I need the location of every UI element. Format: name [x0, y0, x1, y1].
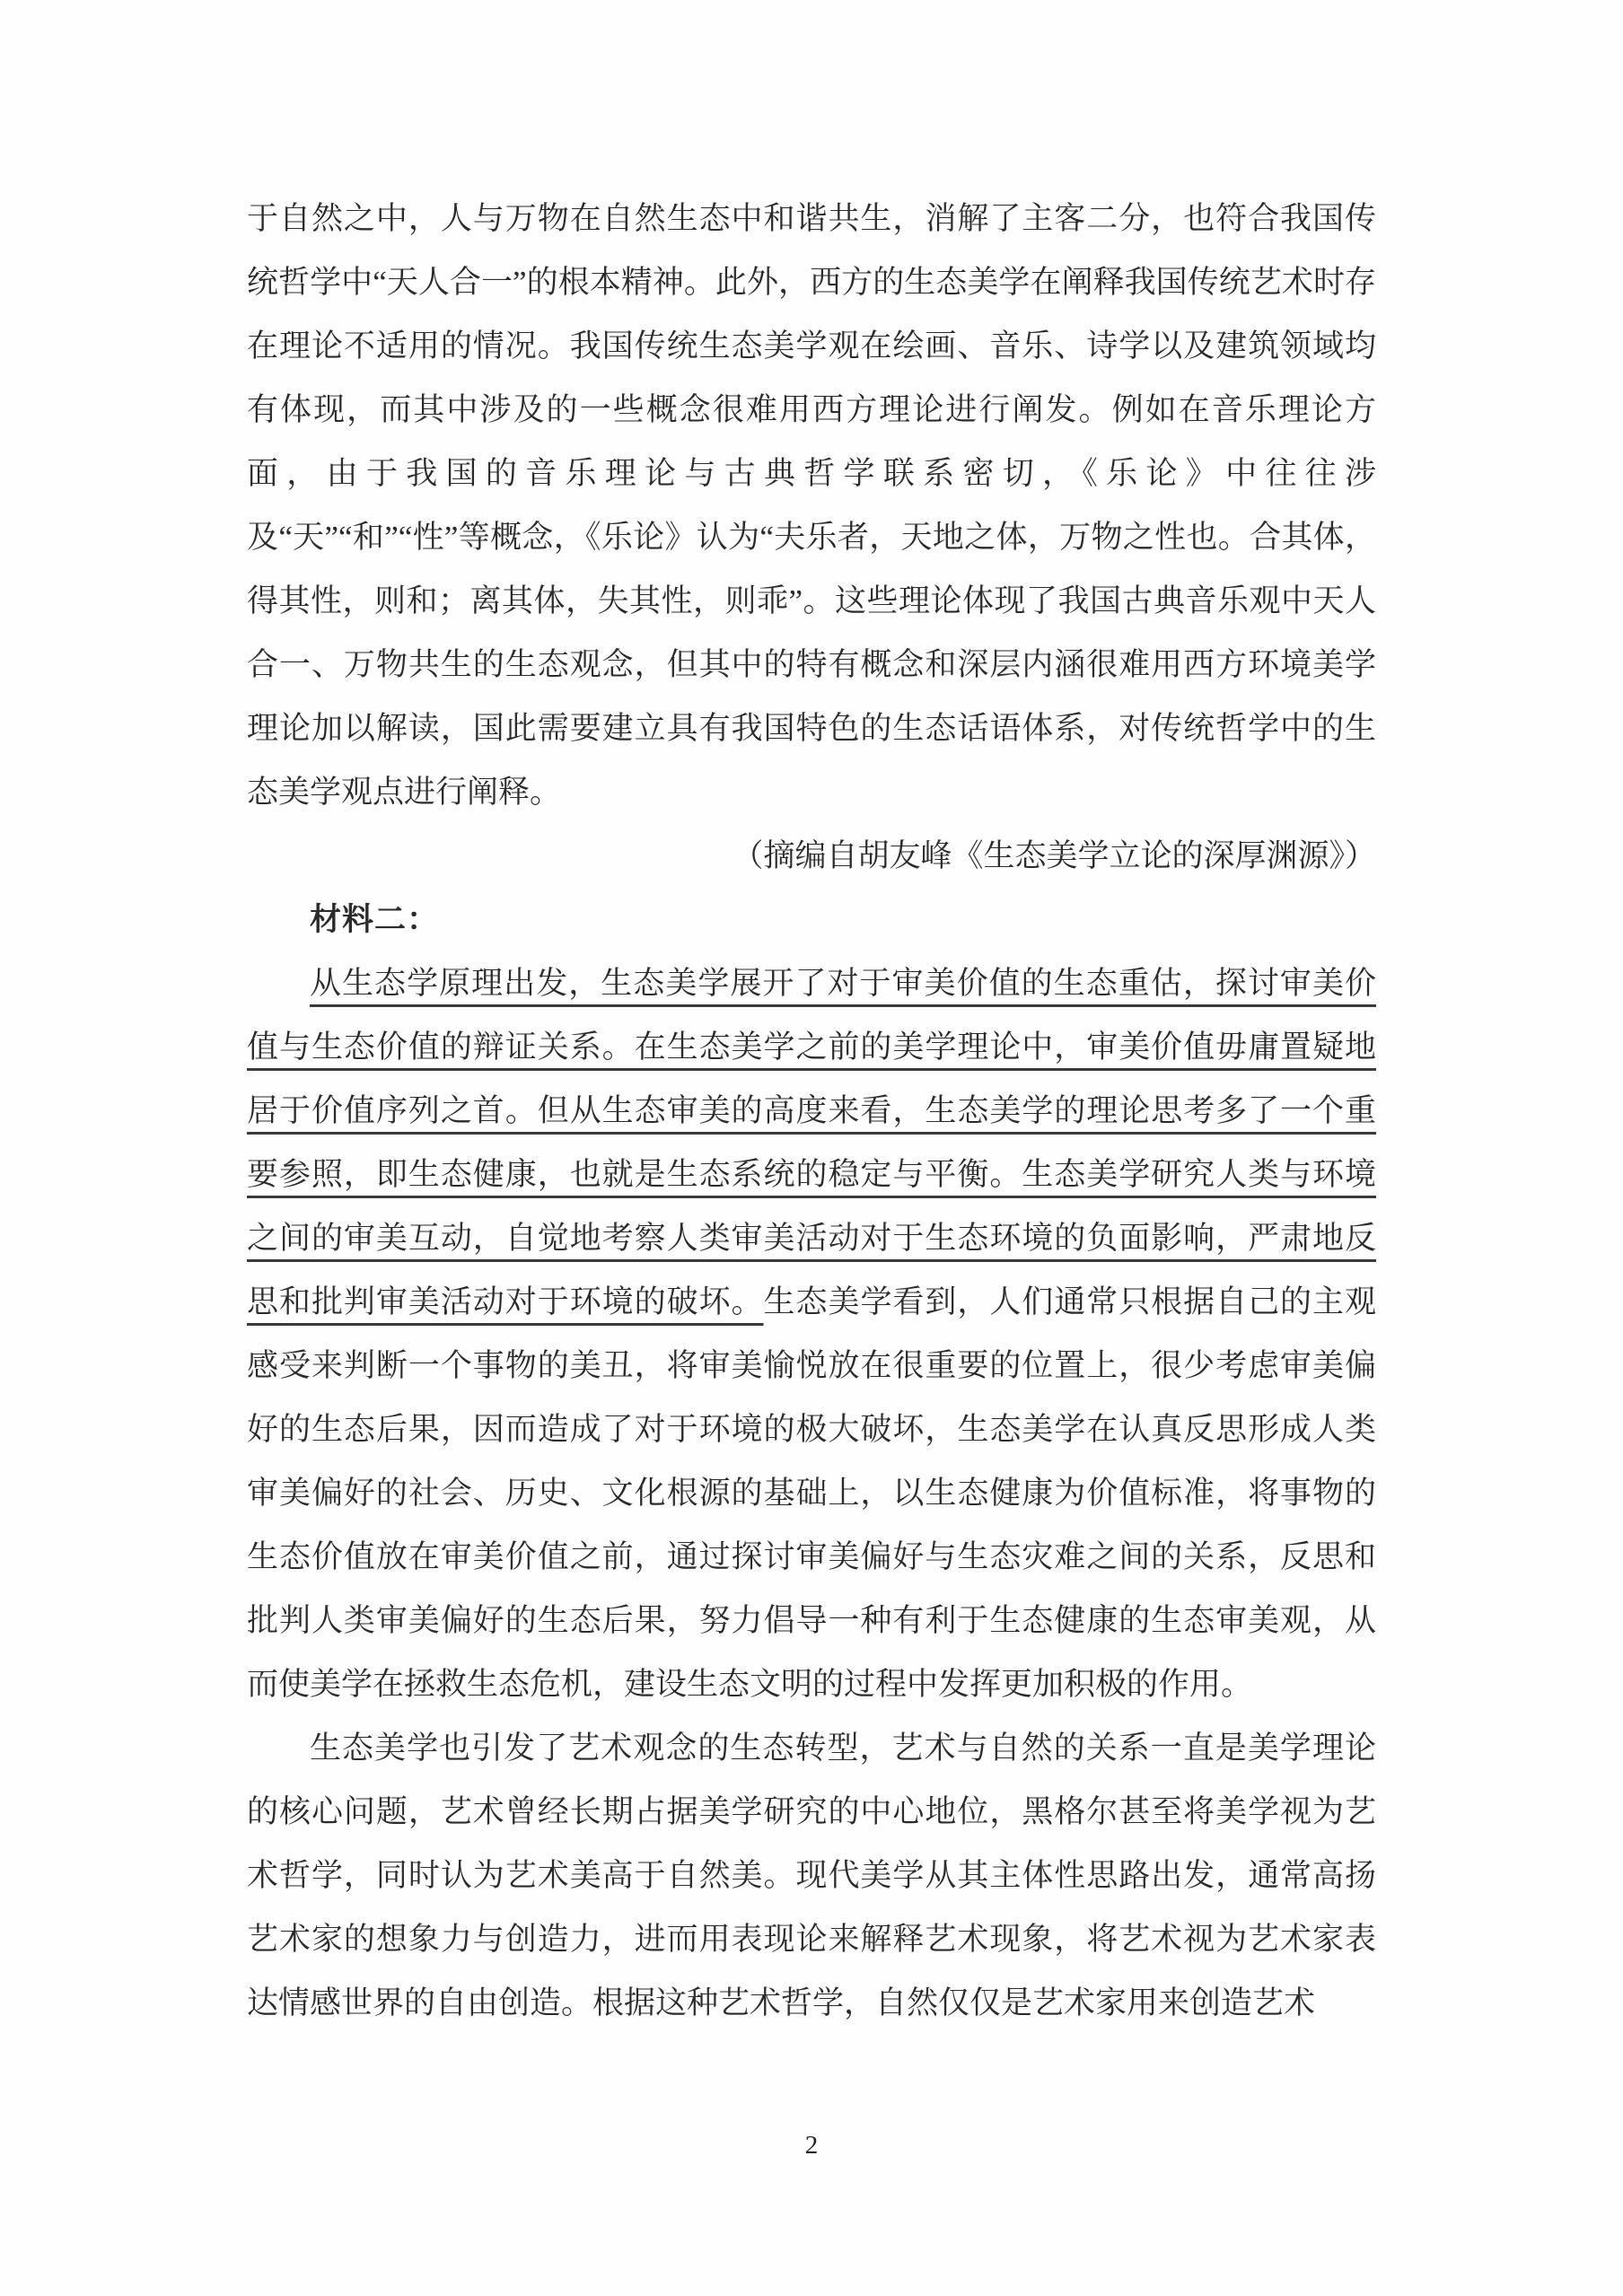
page-content: 于自然之中，人与万物在自然生态中和谐共生，消解了主客二分，也符合我国传统哲学中“…: [247, 187, 1376, 2035]
paragraph-1-continuation: 生态美学看到，人们通常只根据自己的主观感受来判断一个事物的美丑，将审美愉悦放在很…: [247, 1284, 1376, 1702]
source-attribution: （摘编自胡友峰《生态美学立论的深厚渊源》）: [247, 824, 1376, 888]
material-one-continuation-paragraph: 于自然之中，人与万物在自然生态中和谐共生，消解了主客二分，也符合我国传统哲学中“…: [247, 187, 1376, 824]
material-two-heading: 材料二：: [247, 888, 1376, 951]
material-two-paragraph-1: 从生态学原理出发，生态美学展开了对于审美价值的生态重估，探讨审美价值与生态价值的…: [247, 951, 1376, 1716]
underlined-passage: 从生态学原理出发，生态美学展开了对于审美价值的生态重估，探讨审美价值与生态价值的…: [247, 966, 1376, 1319]
page-number: 2: [0, 2129, 1623, 2161]
material-two-paragraph-2: 生态美学也引发了艺术观念的生态转型，艺术与自然的关系一直是美学理论的核心问题，艺…: [247, 1716, 1376, 2035]
document-page: 于自然之中，人与万物在自然生态中和谐共生，消解了主客二分，也符合我国传统哲学中“…: [0, 0, 1623, 2296]
